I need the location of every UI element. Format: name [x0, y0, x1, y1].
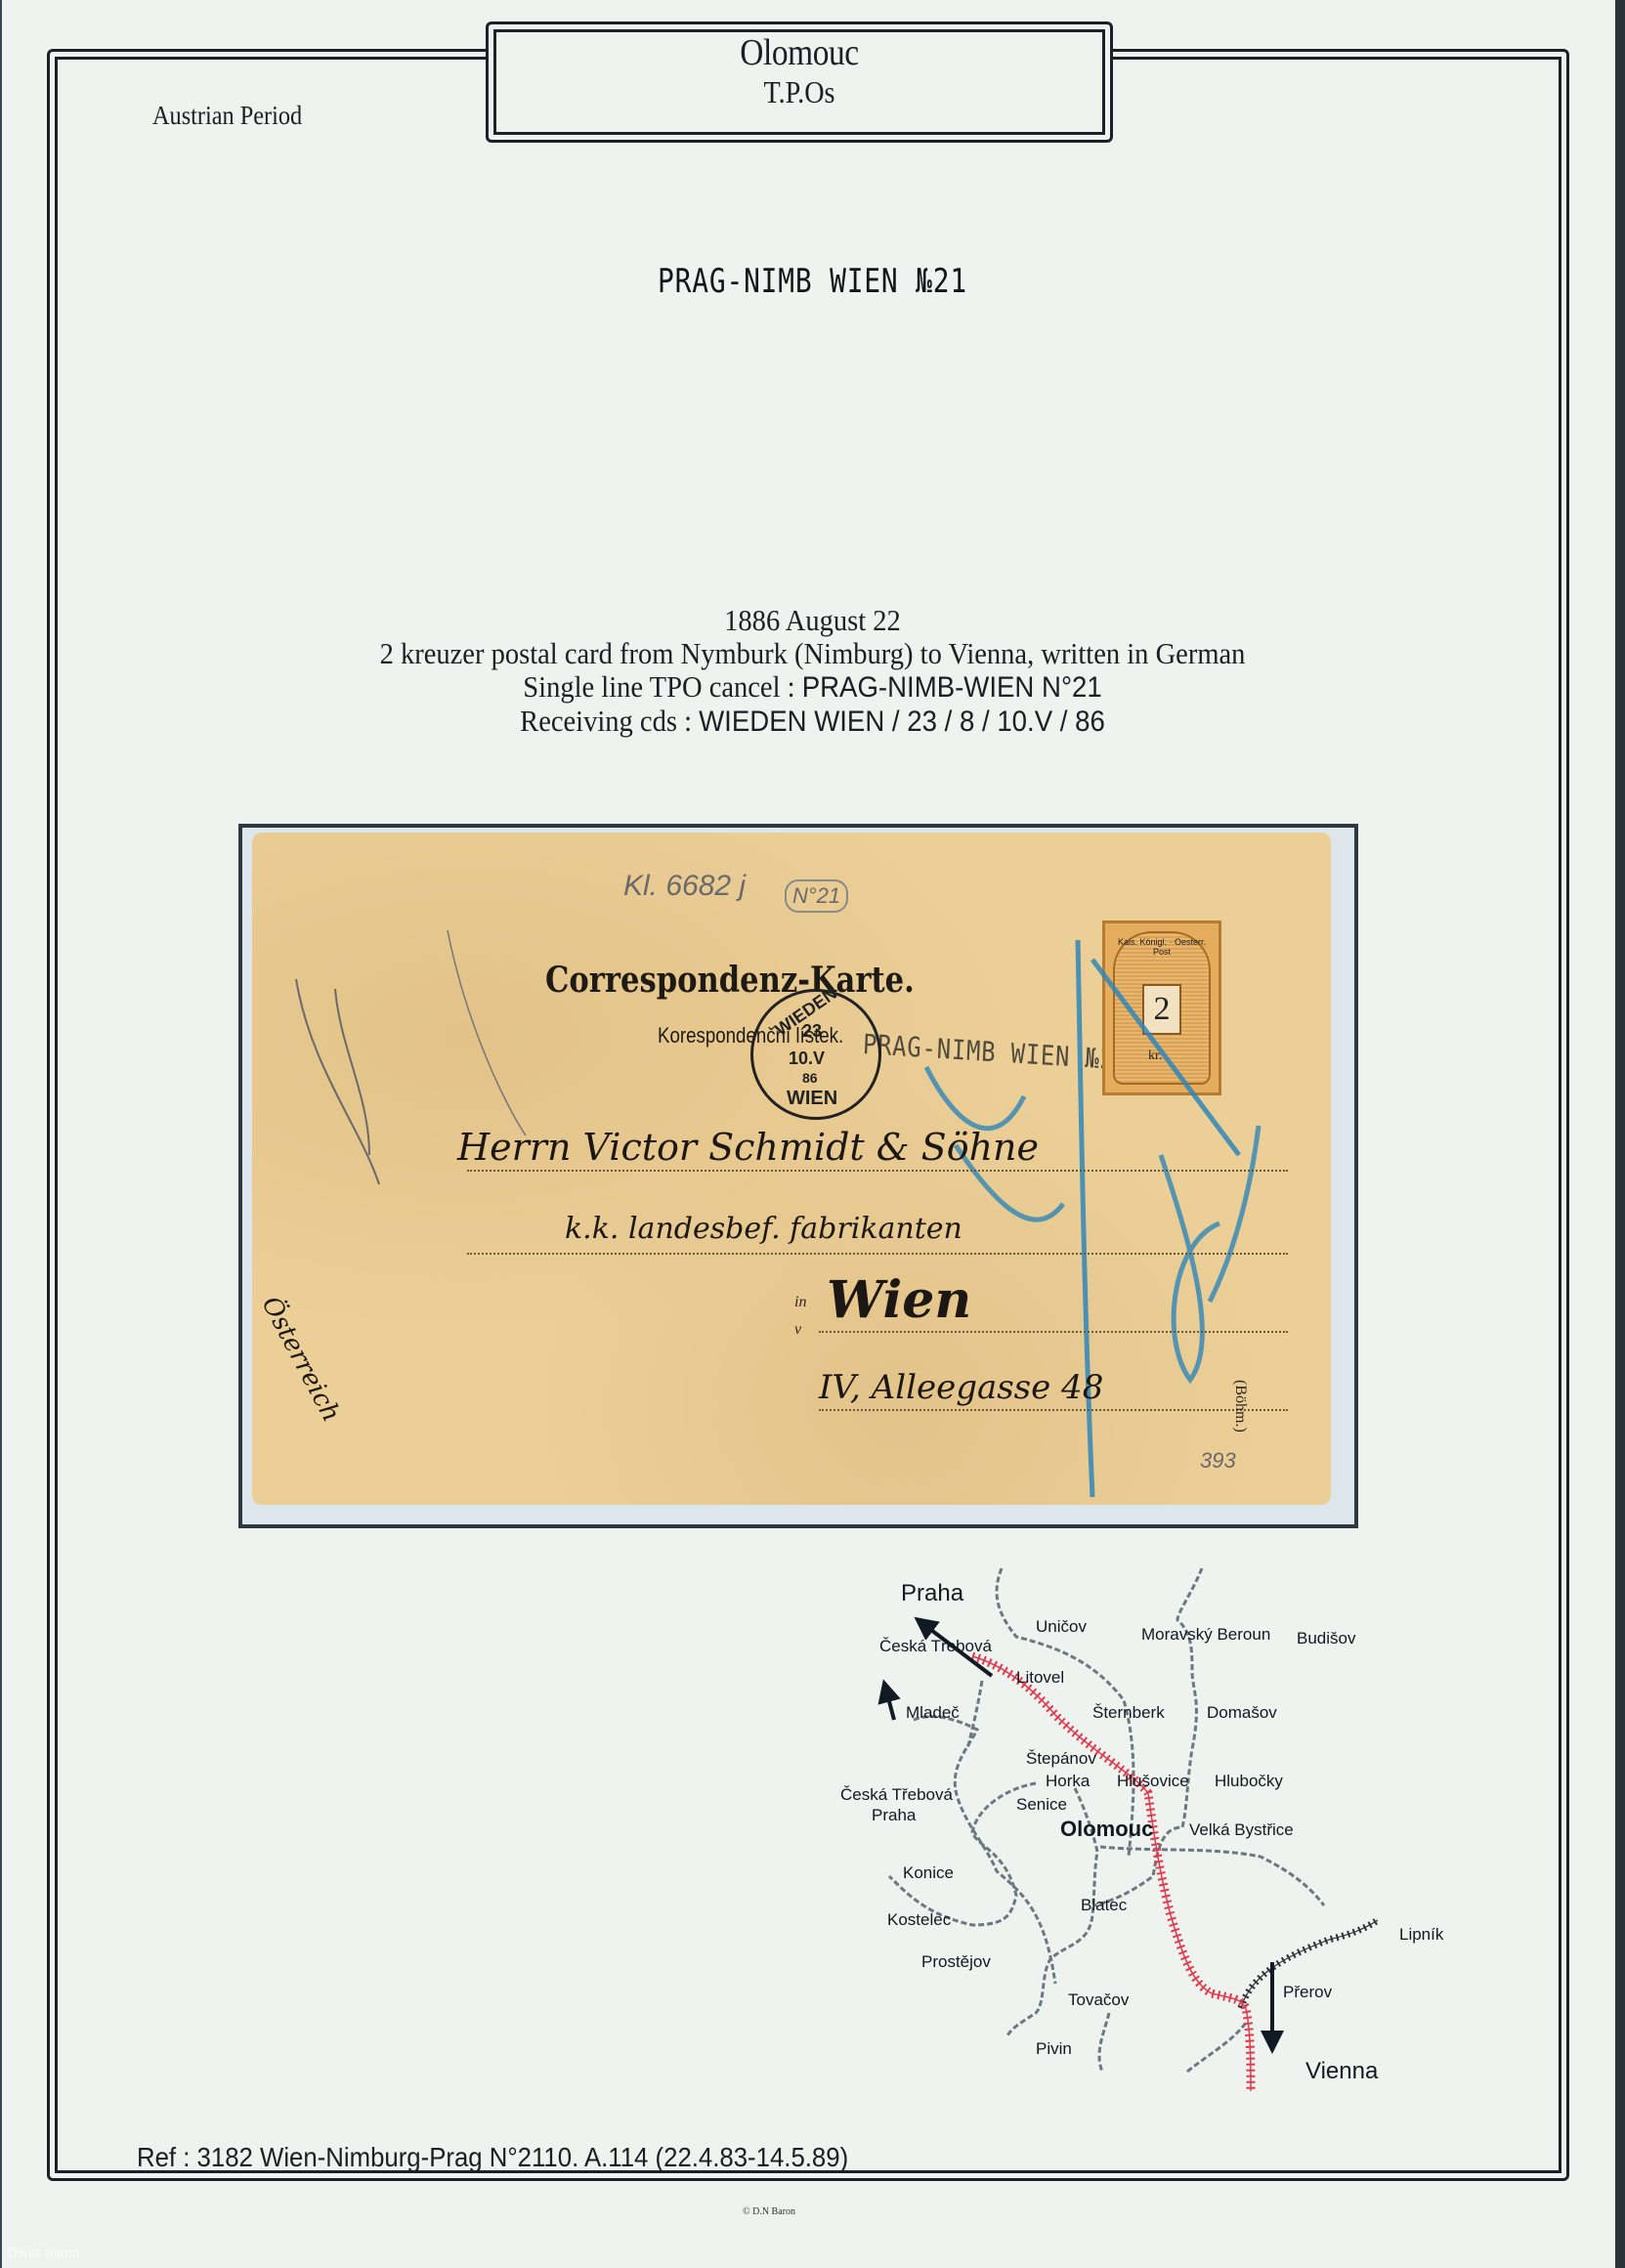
address-line-2: k.k. landesbef. fabrikanten [565, 1212, 962, 1246]
label-prerov: Přerov [1283, 1983, 1333, 2001]
label-hlubocky: Hlubočky [1215, 1772, 1283, 1790]
label-olomouc: Olomouc [1060, 1817, 1153, 1841]
label-konice: Konice [903, 1863, 954, 1882]
scan-edge-left [0, 0, 2, 2268]
label-kostelec: Kostelec [887, 1910, 952, 1929]
label-blatec: Blatec [1081, 1896, 1128, 1914]
address-line-1: Herrn Victor Schmidt & Söhne [457, 1126, 1039, 1169]
label-prostejov: Prostějov [921, 1952, 991, 1971]
printed-v: v [794, 1321, 801, 1339]
label-velka-bystrice: Velká Bystřice [1189, 1820, 1294, 1839]
label-ceska-trebova-left: Česká Třebová [840, 1785, 954, 1804]
arrow-to-praha-left [886, 1690, 894, 1720]
label-stepanov: Štepánov [1026, 1749, 1096, 1768]
item-summary: 2 kreuzer postal card from Nymburk (Nimb… [65, 637, 1561, 670]
label-sternberk: Šternberk [1092, 1703, 1165, 1722]
label-unicov: Uničov [1036, 1617, 1087, 1636]
tpo-value: PRAG-NIMB-WIEN N°21 [802, 671, 1102, 704]
label-tovacov: Tovačov [1068, 1990, 1130, 2009]
label-ceska-trebova-top: Česká Třebová [879, 1637, 993, 1655]
page-subtitle: T.P.Os [531, 74, 1069, 110]
printed-region: (Böhm.) [1231, 1380, 1249, 1433]
catalog-reference: Ref : 3182 Wien-Nimburg-Prag N°2110. A.1… [137, 2142, 848, 2173]
address-rule-3 [819, 1331, 1288, 1333]
label-moravsky-beroun: Moravský Beroun [1141, 1625, 1270, 1644]
label-pivin: Pivin [1036, 2039, 1072, 2058]
label-mladec: Mladeč [906, 1703, 960, 1722]
label-hlusovice: Hlušovice [1117, 1772, 1189, 1790]
cds-label: Receiving cds : [520, 704, 699, 738]
blue-crayon-marks [252, 833, 1331, 1505]
address-rule-1 [467, 1170, 1288, 1172]
item-date: 1886 August 22 [65, 604, 1561, 637]
cds-value: WIEDEN WIEN / 23 / 8 / 10.V / 86 [699, 706, 1105, 738]
label-domasov: Domašov [1207, 1703, 1277, 1722]
label-litovel: Litovel [1016, 1668, 1064, 1687]
label-vienna: Vienna [1305, 2058, 1379, 2084]
period-label: Austrian Period [152, 101, 302, 131]
tpo-label: Single line TPO cancel : [523, 669, 801, 704]
address-city: Wien [827, 1270, 971, 1330]
label-lipnik: Lipník [1399, 1925, 1444, 1944]
railway-map: Praha Česká Třebová Uničov Moravský Bero… [801, 1554, 1505, 2101]
address-rule-4 [819, 1409, 1288, 1411]
copyright-note: © D.N Baron [743, 2206, 795, 2217]
label-praha-left: Praha [872, 1806, 917, 1824]
pencil-number: 393 [1200, 1448, 1236, 1474]
watermark: Derek Baron [8, 2246, 79, 2260]
page-title: Olomouc [531, 31, 1069, 74]
label-senice: Senice [1016, 1795, 1067, 1814]
item-description: 1886 August 22 2 kreuzer postal card fro… [0, 604, 1625, 739]
label-praha-top: Praha [901, 1580, 964, 1606]
scan-edge-right [1615, 0, 1625, 2268]
tpo-cancel-line: Single line TPO cancel : PRAG-NIMB-WIEN … [65, 670, 1561, 705]
printed-in: in [794, 1294, 806, 1311]
label-budisov: Budišov [1297, 1629, 1356, 1648]
cancel-heading: PRAG-NIMB WIEN №21 [147, 262, 1479, 301]
label-horka: Horka [1046, 1772, 1090, 1790]
cds-line: Receiving cds : WIEDEN WIEN / 23 / 8 / 1… [65, 705, 1561, 739]
postal-card: Kl. 6682 j N°21 Correspondenz-Karte. Kor… [252, 833, 1331, 1505]
address-line-4: IV, Alleegasse 48 [819, 1368, 1103, 1407]
address-rule-2 [467, 1253, 1288, 1255]
